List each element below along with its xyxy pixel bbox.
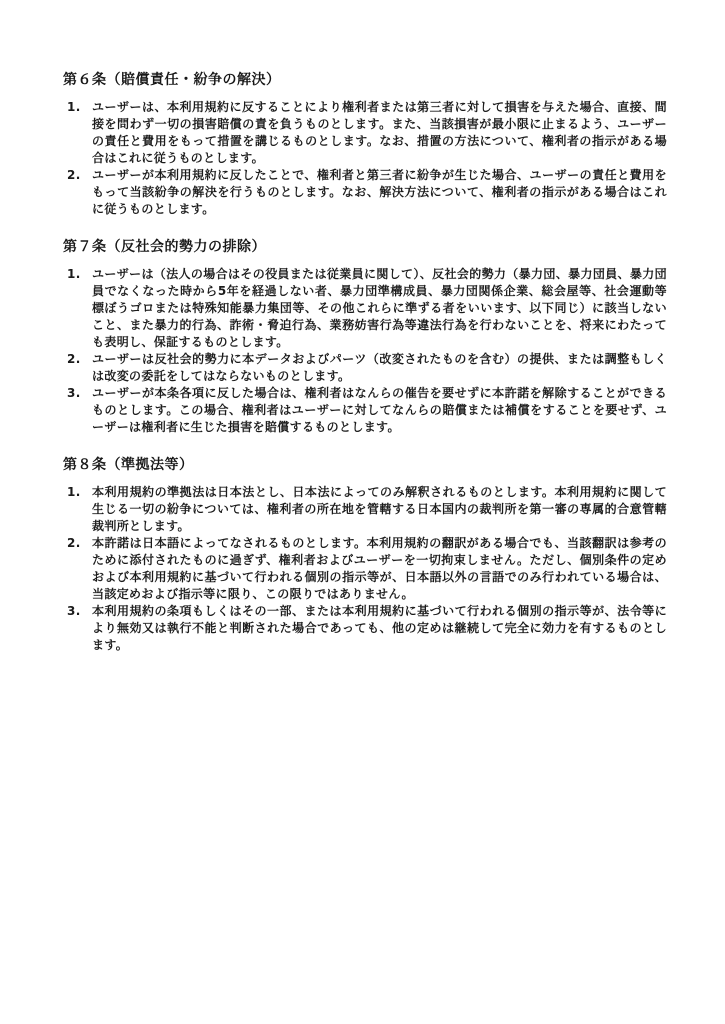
section-heading: 第７条（反社会的勢力の排除） xyxy=(63,237,667,257)
item-number: 1. xyxy=(63,484,92,501)
section-heading: 第６条（賠償責任・紛争の解決） xyxy=(63,70,667,90)
item-text: 本利用規約の準拠法は日本法とし、日本法によってのみ解釈されるものとします。本利用… xyxy=(92,484,667,535)
item-text: 本利用規約の条項もしくはその一部、または本利用規約に基づいて行われる個別の指示等… xyxy=(92,603,667,654)
item-text: 本許諾は日本語によってなされるものとします。本利用規約の翻訳がある場合でも、当該… xyxy=(92,535,667,603)
item-text: ユーザーは反社会的勢力に本データおよびパーツ（改変されたものを含む）の提供、また… xyxy=(92,351,667,385)
section-list: 1. ユーザーは、本利用規約に反することにより権利者または第三者に対して損害を与… xyxy=(63,99,667,218)
item-number: 2. xyxy=(63,535,92,552)
item-number: 1. xyxy=(63,266,92,283)
document-body: 第６条（賠償責任・紛争の解決） 1. ユーザーは、本利用規約に反することにより権… xyxy=(63,70,667,654)
terms-section: 第７条（反社会的勢力の排除） 1. ユーザーは（法人の場合はその役員または従業員… xyxy=(63,237,667,436)
list-item: 1. ユーザーは、本利用規約に反することにより権利者または第三者に対して損害を与… xyxy=(63,99,667,167)
section-heading: 第８条（準拠法等） xyxy=(63,455,667,475)
list-item: 1. 本利用規約の準拠法は日本法とし、日本法によってのみ解釈されるものとします。… xyxy=(63,484,667,535)
terms-section: 第８条（準拠法等） 1. 本利用規約の準拠法は日本法とし、日本法によってのみ解釈… xyxy=(63,455,667,654)
list-item: 3. ユーザーが本条各項に反した場合は、権利者はなんらの催告を要せずに本許諾を解… xyxy=(63,385,667,436)
list-item: 2. ユーザーが本利用規約に反したことで、権利者と第三者に紛争が生じた場合、ユー… xyxy=(63,167,667,218)
item-number: 3. xyxy=(63,385,92,402)
item-text: ユーザーが本条各項に反した場合は、権利者はなんらの催告を要せずに本許諾を解除する… xyxy=(92,385,667,436)
list-item: 3. 本利用規約の条項もしくはその一部、または本利用規約に基づいて行われる個別の… xyxy=(63,603,667,654)
item-number: 2. xyxy=(63,167,92,184)
item-text: ユーザーは（法人の場合はその役員または従業員に関して）、反社会的勢力（暴力団、暴… xyxy=(92,266,667,351)
list-item: 2. 本許諾は日本語によってなされるものとします。本利用規約の翻訳がある場合でも… xyxy=(63,535,667,603)
item-number: 1. xyxy=(63,99,92,116)
item-number: 3. xyxy=(63,603,92,620)
item-number: 2. xyxy=(63,351,92,368)
terms-section: 第６条（賠償責任・紛争の解決） 1. ユーザーは、本利用規約に反することにより権… xyxy=(63,70,667,218)
list-item: 2. ユーザーは反社会的勢力に本データおよびパーツ（改変されたものを含む）の提供… xyxy=(63,351,667,385)
item-text: ユーザーは、本利用規約に反することにより権利者または第三者に対して損害を与えた場… xyxy=(92,99,667,167)
item-text: ユーザーが本利用規約に反したことで、権利者と第三者に紛争が生じた場合、ユーザーの… xyxy=(92,167,667,218)
terms-document-page: 第６条（賠償責任・紛争の解決） 1. ユーザーは、本利用規約に反することにより権… xyxy=(0,0,725,1024)
section-list: 1. 本利用規約の準拠法は日本法とし、日本法によってのみ解釈されるものとします。… xyxy=(63,484,667,654)
list-item: 1. ユーザーは（法人の場合はその役員または従業員に関して）、反社会的勢力（暴力… xyxy=(63,266,667,351)
section-list: 1. ユーザーは（法人の場合はその役員または従業員に関して）、反社会的勢力（暴力… xyxy=(63,266,667,436)
